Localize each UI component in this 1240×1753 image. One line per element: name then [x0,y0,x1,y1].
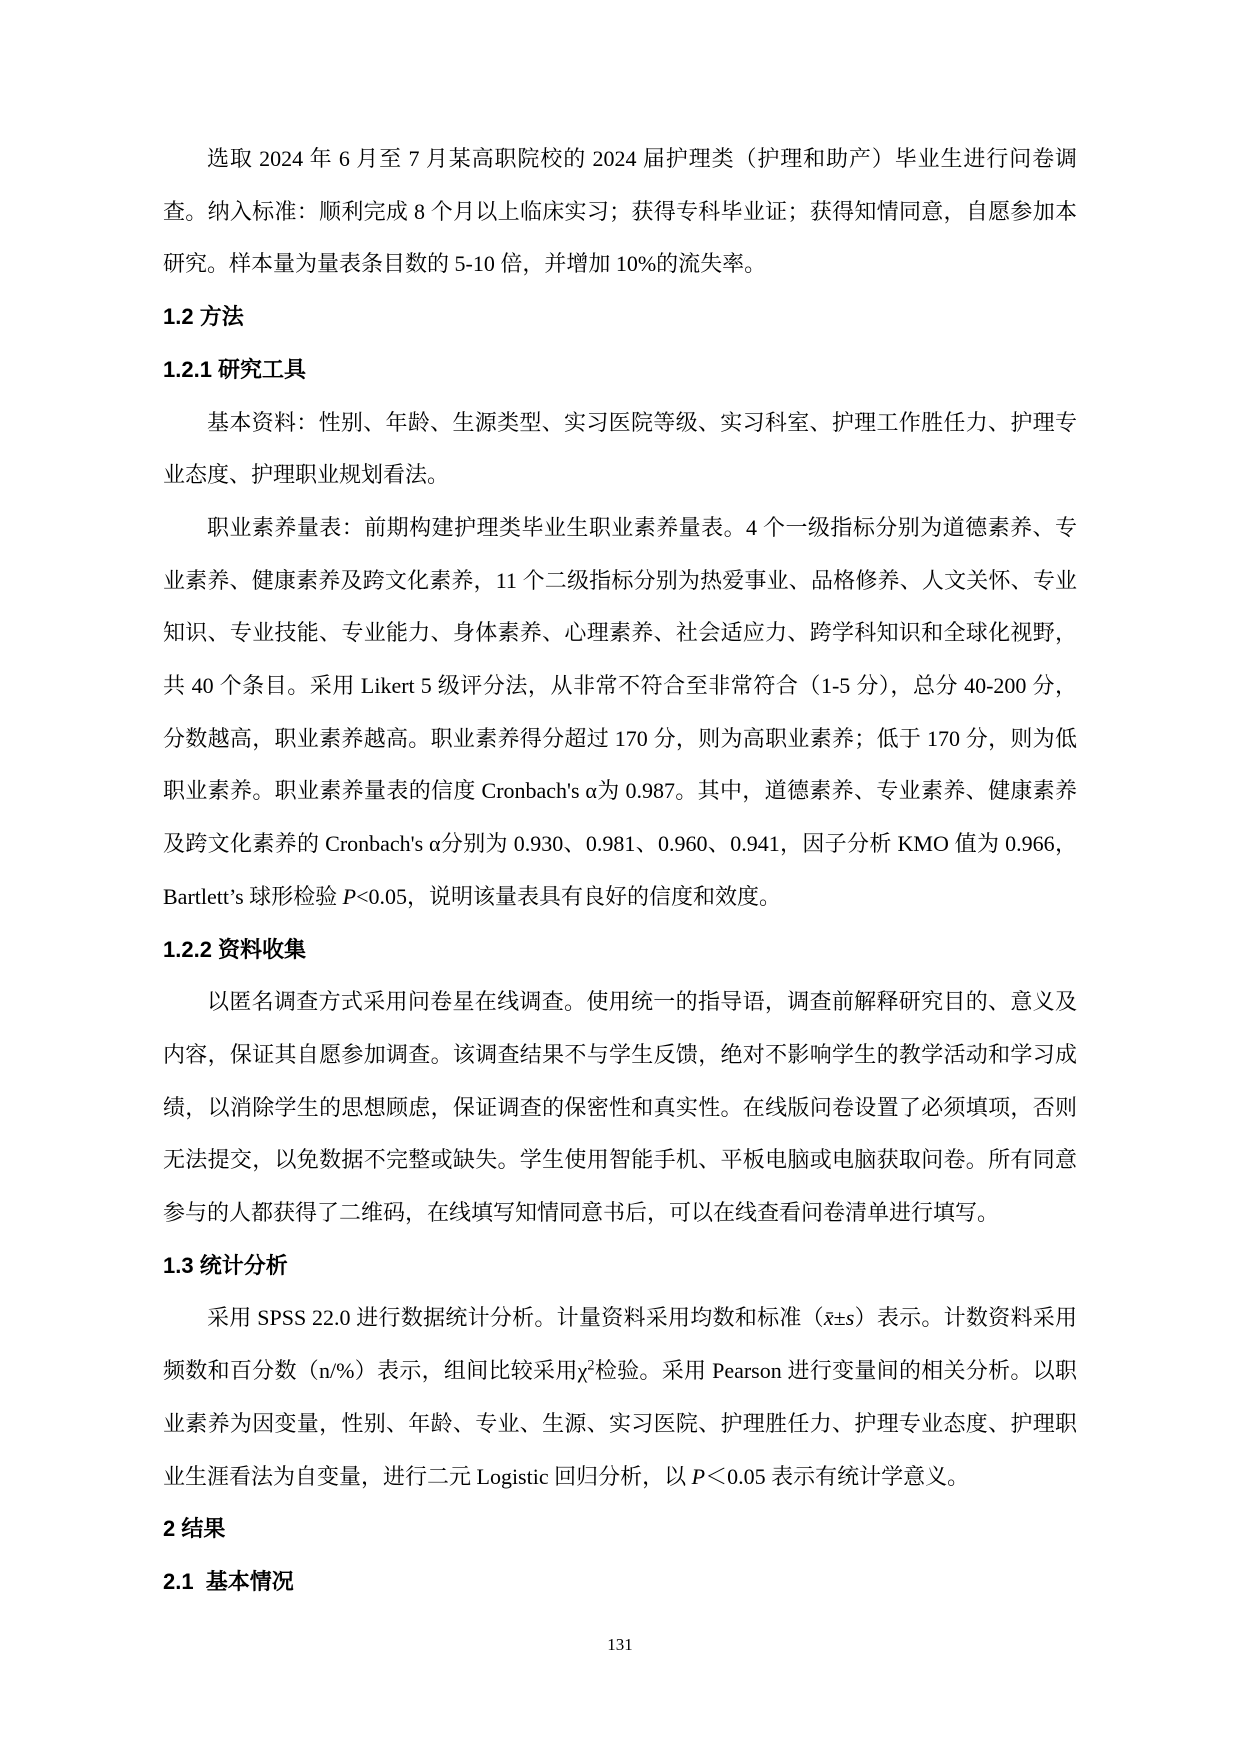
paragraph-basic-data: 基本资料：性别、年龄、生源类型、实习医院等级、实习科室、护理工作胜任力、护理专业… [163,397,1077,502]
document-page: 选取 2024 年 6 月至 7 月某高职院校的 2024 届护理类（护理和助产… [0,0,1240,1753]
paragraph-statistical-analysis: 采用 SPSS 22.0 进行数据统计分析。计量资料采用均数和标准（x̄±s）表… [163,1292,1077,1503]
paragraph-professional-quality-scale: 职业素养量表：前期构建护理类毕业生职业素养量表。4 个一级指标分别为道德素养、专… [163,502,1077,924]
heading-2-1-basic-situation: 2.1 基本情况 [163,1556,1077,1609]
document-content: 选取 2024 年 6 月至 7 月某高职院校的 2024 届护理类（护理和助产… [163,133,1077,1609]
heading-1-3-statistical-analysis: 1.3 统计分析 [163,1240,1077,1293]
page-number: 131 [0,1635,1240,1655]
heading-1-2-methods: 1.2 方法 [163,291,1077,344]
heading-1-2-1-research-tools: 1.2.1 研究工具 [163,344,1077,397]
heading-2-results: 2 结果 [163,1503,1077,1556]
heading-1-2-2-data-collection: 1.2.2 资料收集 [163,924,1077,977]
paragraph-data-collection: 以匿名调查方式采用问卷星在线调查。使用统一的指导语，调查前解释研究目的、意义及内… [163,976,1077,1240]
paragraph-sample-selection: 选取 2024 年 6 月至 7 月某高职院校的 2024 届护理类（护理和助产… [163,133,1077,291]
